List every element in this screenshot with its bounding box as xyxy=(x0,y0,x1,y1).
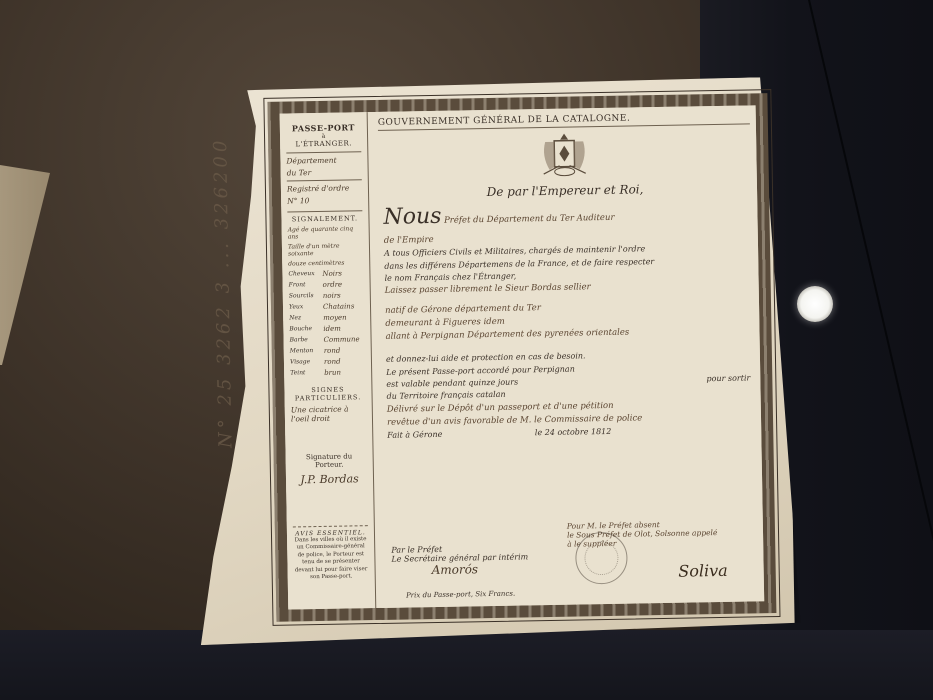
left-column: PASSE-PORT à L'ÉTRANGER. Département du … xyxy=(280,112,377,609)
trait-row: Sourcilsnoirs xyxy=(289,291,364,300)
price-value: Six Francs. xyxy=(475,590,515,599)
prefect-signature: Soliva xyxy=(678,561,728,581)
age-line: Agé de quarante cinq ans xyxy=(288,225,363,240)
trait-row: Frontordre xyxy=(289,280,364,289)
trait-row: Visagerond xyxy=(290,357,365,366)
height-line-2: douze centimètres xyxy=(288,259,363,267)
passport-document: N° 25 3262 3 ... 326200 PASSE-PORT à L'É… xyxy=(185,77,795,647)
price-line: Prix du Passe-port, Six Francs. xyxy=(406,590,515,600)
trait-row: Boucheidem xyxy=(289,324,364,333)
department-value: du Ter xyxy=(287,167,362,177)
signature-label: Signature du Porteur. xyxy=(292,452,367,469)
particular-signs-value: Une cicatrice à l'oeil droit xyxy=(291,404,366,423)
reflected-light-spot xyxy=(797,286,833,322)
secretary-signature: Amorós xyxy=(431,561,528,577)
passport-body: Nous Préfet du Département du Ter Audite… xyxy=(379,194,755,442)
price-label: Prix du Passe-port, xyxy=(406,590,473,599)
government-title: GOUVERNEMENT GÉNÉRAL DE LA CATALOGNE. xyxy=(378,105,750,130)
height-line: Taille d'un mètre soixante xyxy=(288,242,363,257)
issue-date: le 24 octobre 1812 xyxy=(535,427,612,437)
trait-row: CheveuxNoirs xyxy=(288,269,363,278)
imperial-seal-icon xyxy=(575,532,628,585)
trait-row: BarbeCommune xyxy=(290,335,365,344)
exit-label: pour sortir xyxy=(706,372,750,385)
valid-line: est valable pendant quinze jours xyxy=(386,377,518,388)
trait-row: Mentonrond xyxy=(290,346,365,355)
passport-title: PASSE-PORT xyxy=(286,122,361,133)
document-body: PASSE-PORT à L'ÉTRANGER. Département du … xyxy=(280,105,765,609)
side-margin-script: N° 25 3262 3 ... 326200 xyxy=(210,136,236,448)
trait-row: Nezmoyen xyxy=(289,313,364,322)
notice-text: Dans les villes où il existe un Commissa… xyxy=(293,536,369,582)
particular-signs-title: SIGNES PARTICULIERS. xyxy=(290,382,365,402)
trait-row: YeuxChatains xyxy=(289,302,364,311)
department-label: Département xyxy=(286,155,361,165)
passport-subtitle: L'ÉTRANGER. xyxy=(286,139,361,153)
trait-row: Teintbrun xyxy=(290,368,365,377)
register-number: N° 10 xyxy=(287,195,362,205)
signalement-title: SIGNALEMENT. xyxy=(287,210,362,223)
decorative-border: PASSE-PORT à L'ÉTRANGER. Département du … xyxy=(267,93,776,622)
imperial-crest-icon xyxy=(537,131,592,180)
opening-word: Nous xyxy=(383,204,441,230)
register-label: Registré d'ordre xyxy=(287,179,362,193)
bearer-signature: J.P. Bordas xyxy=(292,472,367,486)
done-at: Fait à Gérone xyxy=(387,430,442,440)
opening-rest: Préfet du Département du Ter Auditeur xyxy=(444,213,615,226)
prefect-attestation: Par le Préfet Le Secrétaire général par … xyxy=(391,543,528,577)
right-column: GOUVERNEMENT GÉNÉRAL DE LA CATALOGNE. De… xyxy=(378,105,759,607)
